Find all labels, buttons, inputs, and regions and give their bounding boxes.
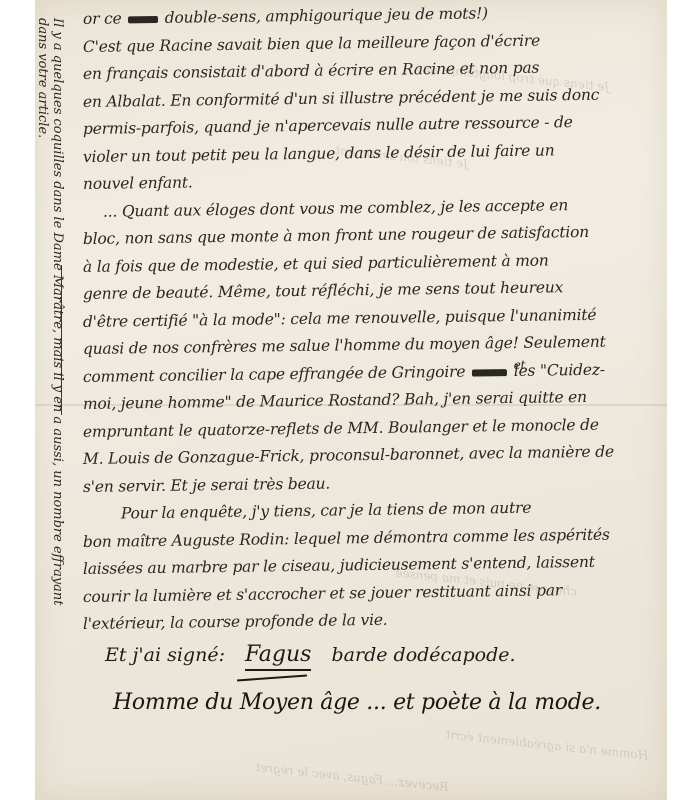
letter-body: or ce mot double-sens, amphigourique jeu… xyxy=(83,6,667,639)
signature-prefix: Et j'ai signé: xyxy=(105,644,225,666)
signature-line: Et j'ai signé: Fagus barde dodécapode. xyxy=(105,642,516,671)
struck-word: mot xyxy=(128,15,158,22)
margin-note-main: Il y a quelques coquilles dans le Dame M… xyxy=(50,18,65,606)
bleed-through-text: Homme n'a si agréablement écrit xyxy=(445,727,649,762)
inserted-word: et xyxy=(513,351,525,379)
margin-underline xyxy=(61,265,62,415)
letter-page: Je tiens que trop longtemps que Je tiens… xyxy=(35,0,667,800)
margin-note-continuation: dans votre article. xyxy=(35,18,50,138)
signature-suffix: barde dodécapode. xyxy=(332,644,516,666)
bleed-through-text: Recevez... Fagus, avec le regret xyxy=(255,760,449,794)
struck-word: avec xyxy=(472,368,507,375)
closing-line: Homme du Moyen âge ... et poète à la mod… xyxy=(113,690,601,715)
signature-name: Fagus xyxy=(245,642,311,671)
